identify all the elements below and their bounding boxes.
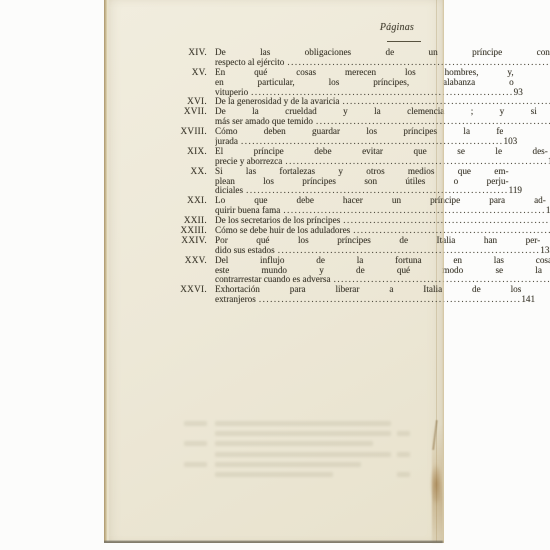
- show-through-line: [215, 452, 391, 457]
- toc-entry: XXV.Del influjo de la fortuna en las cos…: [154, 256, 410, 286]
- entry-text: Lo que debe hacer un príncipe para ad-qu…: [215, 196, 546, 216]
- entry-line: dido sus estados: [215, 246, 540, 256]
- entry-line-text: quirir buena fama: [215, 206, 280, 216]
- entry-text: Por qué los príncipes de Italia han per-…: [215, 236, 540, 256]
- dot-leader: [334, 275, 550, 285]
- chapter-number: XIX.: [154, 147, 207, 157]
- entry-line: extranjeros: [215, 295, 521, 305]
- toc-list: XIV.De las obligaciones de un príncipe c…: [154, 48, 410, 305]
- page-number: 103: [503, 137, 517, 147]
- chapter-number: XIV.: [154, 48, 207, 58]
- entry-line-text: más ser amado que temido: [215, 117, 313, 127]
- entry-text: Si las fortalezas y otros medios que em-…: [215, 167, 509, 197]
- entry-text: El príncipe debe evitar que se le des-pr…: [215, 147, 548, 167]
- page-number: 141: [521, 295, 535, 305]
- chapter-number: XX.: [154, 167, 207, 177]
- entry-line-text: dido sus estados: [215, 246, 275, 256]
- page-number: 135: [540, 246, 550, 256]
- entry-line: Cómo se debe huir de los aduladores: [215, 226, 550, 236]
- show-through-pagenum: [397, 452, 410, 457]
- page-number: 125: [546, 206, 550, 216]
- show-through-line: [215, 421, 391, 426]
- entry-line-text: Cómo se debe huir de los aduladores: [215, 226, 350, 236]
- entry-line: precie y aborrezca: [215, 157, 548, 167]
- entry-line: más ser amado que temido: [215, 117, 550, 127]
- entry-text: De las obligaciones de un príncipe conre…: [215, 48, 550, 68]
- entry-line-text: extranjeros: [215, 295, 256, 305]
- page-number: 119: [509, 186, 522, 196]
- dot-leader: [353, 226, 550, 236]
- entry-line: Exhortación para liberar a Italia de los: [215, 285, 521, 295]
- toc-entry: XVII.De la crueldad y la clemencia ; y s…: [154, 107, 410, 127]
- entry-line: Cómo deben guardar los príncipes la fe: [215, 127, 503, 137]
- dot-leader: [343, 216, 550, 226]
- entry-line: En qué cosas merecen los hombres, y,: [215, 68, 514, 78]
- entry-line-text: jurada: [215, 137, 238, 147]
- book-page: Páginas XIV.De las obligaciones de un pr…: [104, 0, 444, 543]
- header-rule: [387, 41, 421, 42]
- show-through-line: [215, 431, 391, 436]
- dot-leader: [241, 137, 504, 147]
- entry-line: De la generosidad y de la avaricia: [215, 97, 550, 107]
- chapter-number: XXVI.: [154, 285, 207, 295]
- scanner-background: Páginas XIV.De las obligaciones de un pr…: [0, 0, 550, 550]
- show-through-line: [215, 462, 361, 467]
- entry-text: De los secretarios de los príncipes: [215, 216, 550, 226]
- show-through-numeral: [184, 421, 207, 426]
- toc-entry: XIV.De las obligaciones de un príncipe c…: [154, 48, 410, 68]
- entry-line: respecto al ejército: [215, 58, 550, 68]
- toc-entry: XX.Si las fortalezas y otros medios que …: [154, 167, 410, 197]
- entry-line: plean los príncipes son útiles o perju-: [215, 177, 509, 187]
- entry-line-text: precie y aborrezca: [215, 157, 282, 167]
- entry-text: Exhortación para liberar a Italia de los…: [215, 285, 521, 305]
- entry-line: diciales: [215, 186, 509, 196]
- entry-line: este mundo y de qué modo se la puede: [215, 266, 550, 276]
- entry-line: contrarrestar cuando es adversa: [215, 275, 550, 285]
- chapter-number: XVII.: [154, 107, 207, 117]
- entry-line-text: contrarrestar cuando es adversa: [215, 275, 331, 285]
- entry-line: El príncipe debe evitar que se le des-: [215, 147, 548, 157]
- toc-entry: XV.En qué cosas merecen los hombres, y,e…: [154, 68, 410, 98]
- show-through-line: [215, 441, 373, 446]
- entry-line: quirir buena fama: [215, 206, 546, 216]
- show-through-pagenum: [397, 472, 410, 477]
- dot-leader: [251, 88, 514, 98]
- entry-line: Por qué los príncipes de Italia han per-: [215, 236, 540, 246]
- dot-leader: [342, 97, 550, 107]
- entry-text: Cómo se debe huir de los aduladores: [215, 226, 550, 236]
- toc-entry: XXI.Lo que debe hacer un príncipe para a…: [154, 196, 410, 216]
- chapter-number: XVIII.: [154, 127, 207, 137]
- entry-line-text: De la generosidad y de la avaricia: [215, 97, 339, 107]
- toc-entry: XVIII.Cómo deben guardar los príncipes l…: [154, 127, 410, 147]
- edge-stain: [426, 458, 443, 516]
- entry-line: De la crueldad y la clemencia ; y si val…: [215, 107, 550, 117]
- entry-line-text: diciales: [215, 186, 243, 196]
- entry-line-text: respecto al ejército: [215, 58, 284, 68]
- entry-line: vituperio: [215, 88, 514, 98]
- pages-column-header: Páginas: [362, 22, 414, 33]
- entry-line-text: De los secretarios de los príncipes: [215, 216, 340, 226]
- entry-text: Cómo deben guardar los príncipes la feju…: [215, 127, 503, 147]
- show-through-pagenum: [397, 431, 410, 436]
- entry-line: en particular, los príncipes, alabanza o: [215, 78, 514, 88]
- page-bottom-edge: [104, 540, 444, 543]
- chapter-number: XXI.: [154, 196, 207, 206]
- dot-leader: [278, 246, 541, 256]
- entry-line-text: vituperio: [215, 88, 248, 98]
- show-through-numeral: [184, 462, 207, 467]
- page-left-edge: [104, 0, 109, 543]
- entry-line: Si las fortalezas y otros medios que em-: [215, 167, 509, 177]
- dot-leader: [285, 157, 548, 167]
- show-through-line: [215, 472, 333, 477]
- entry-line: De los secretarios de los príncipes: [215, 216, 550, 226]
- dot-leader: [246, 186, 509, 196]
- chapter-number: XXIV.: [154, 236, 207, 246]
- toc-entry: XXVI.Exhortación para liberar a Italia d…: [154, 285, 410, 305]
- entry-line: De las obligaciones de un príncipe con: [215, 48, 550, 58]
- dot-leader: [259, 295, 522, 305]
- chapter-number: XV.: [154, 68, 207, 78]
- page-number: 93: [514, 88, 523, 98]
- dot-leader: [316, 117, 550, 127]
- show-through-numeral: [184, 441, 207, 446]
- entry-text: Del influjo de la fortuna en las cosas d…: [215, 256, 550, 286]
- dot-leader: [283, 206, 546, 216]
- entry-line: Del influjo de la fortuna en las cosas d…: [215, 256, 550, 266]
- chapter-number: XXV.: [154, 256, 207, 266]
- entry-text: De la crueldad y la clemencia ; y si val…: [215, 107, 550, 127]
- entry-text: En qué cosas merecen los hombres, y,en p…: [215, 68, 514, 98]
- entry-line: Lo que debe hacer un príncipe para ad-: [215, 196, 546, 206]
- toc-entry: XIX.El príncipe debe evitar que se le de…: [154, 147, 410, 167]
- dot-leader: [287, 58, 550, 68]
- entry-text: De la generosidad y de la avaricia: [215, 97, 550, 107]
- entry-line: jurada: [215, 137, 503, 147]
- toc-entry: XXIV.Por qué los príncipes de Italia han…: [154, 236, 410, 256]
